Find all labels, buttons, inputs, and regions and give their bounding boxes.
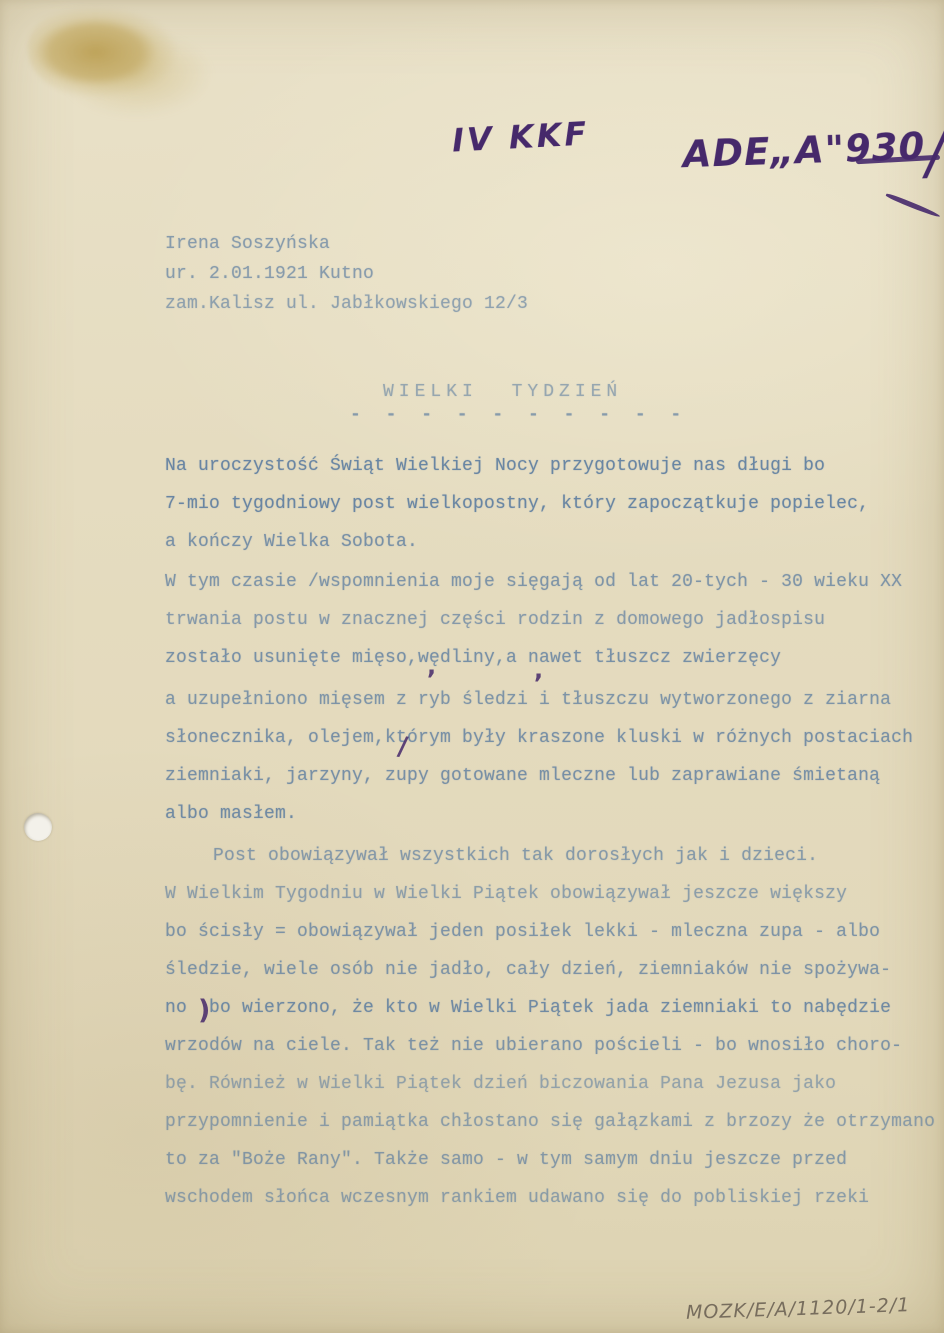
scanned-document-page: IV KKF ADE„A"930/IV Irena Soszyńska ur. … [0,0,944,1333]
body-line: Na uroczystość Świąt Wielkiej Nocy przyg… [165,455,825,477]
title-underline-dashes: - - - - - - - - - - [350,404,683,426]
ink-underline-stroke [885,192,941,218]
body-line: wrzodów na ciele. Tak też nie ubierano p… [165,1035,902,1057]
body-line: ziemniaki, jarzyny, zupy gotowane mleczn… [165,765,880,787]
body-line: W tym czasie /wspomnienia moje sięgają o… [165,571,902,593]
body-line: 7-mio tygodniowy post wielkopostny, któr… [165,493,869,515]
body-line: zostało usunięte mięso,wędliny,a nawet t… [165,647,781,669]
ink-paren-correction: ) [198,995,210,1026]
body-line: to za "Boże Rany". Także samo - w tym sa… [165,1149,847,1171]
punch-hole [24,813,52,841]
author-name: Irena Soszyńska [165,233,330,255]
body-line: śledzie, wiele osób nie jadło, cały dzie… [165,959,891,981]
body-line: W Wielkim Tygodniu w Wielki Piątek obowi… [165,883,847,905]
body-line: a uzupełniono mięsem z ryb śledzi i tłus… [165,689,891,711]
reference-slash: / [924,118,944,187]
body-line: wschodem słońca wczesnym rankiem udawano… [165,1187,869,1209]
document-title: WIELKI TYDZIEŃ [383,381,622,403]
reference-prefix: ADE„A"930 [682,125,926,176]
body-line: Post obowiązywał wszystkich tak dorosłyc… [165,845,818,867]
author-birth: ur. 2.01.1921 Kutno [165,263,374,285]
body-line: bo ścisły = obowiązywał jeden posiłek le… [165,921,880,943]
body-line: przypomnienie i pamiątka chłostano się g… [165,1111,935,1133]
body-line: no bo wierzono, że kto w Wielki Piątek j… [165,997,891,1019]
author-address: zam.Kalisz ul. Jabłkowskiego 12/3 [165,293,528,315]
ink-comma-correction: , [427,652,436,680]
paper-stain [28,6,178,102]
body-line: bę. Również w Wielki Piątek dzień biczow… [165,1073,836,1095]
ink-comma-correction: , [534,656,543,684]
body-line: słonecznika, olejem,którym były kraszone… [165,727,913,749]
handwritten-note-top-left: IV KKF [451,114,590,159]
body-line: trwania postu w znacznej części rodzin z… [165,609,825,631]
pencil-archive-signature: MOZK/E/A/1120/1-2/1 [686,1294,911,1324]
body-line: albo masłem. [165,803,297,825]
body-line: a kończy Wielka Sobota. [165,531,418,553]
